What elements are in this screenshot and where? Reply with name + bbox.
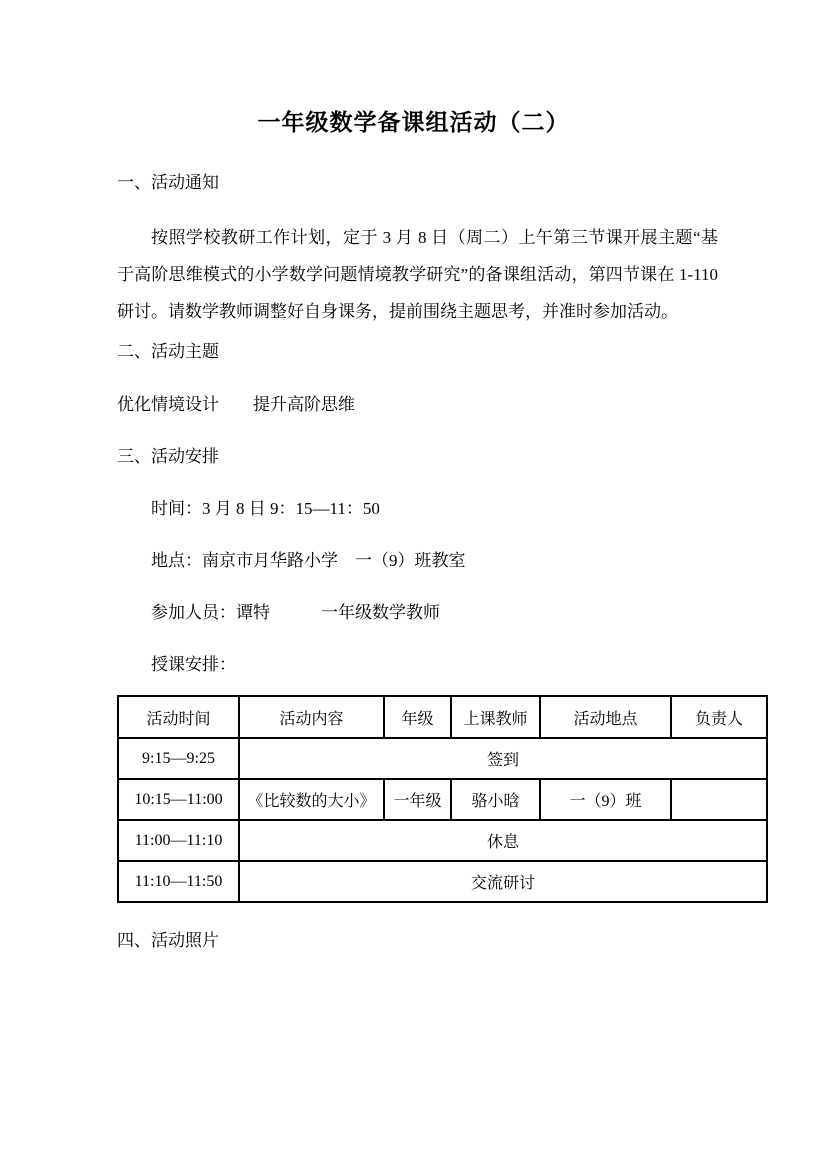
location-line: 地点：南京市月华路小学 一（9）班教室 [151,546,466,571]
header-activity-time: 活动时间 [118,696,239,738]
schedule-table: 活动时间 活动内容 年级 上课教师 活动地点 负责人 9:15—9:25 签到 … [117,695,768,903]
document-title: 一年级数学备课组活动（二） [0,104,827,137]
cell-content: 《比较数的大小》 [239,779,384,820]
header-teacher: 上课教师 [451,696,540,738]
schedule-label: 授课安排： [151,650,236,675]
cell-merged-break: 休息 [239,820,767,861]
section-heading-photos: 四、活动照片 [117,926,219,951]
cell-time: 11:00—11:10 [118,820,239,861]
table-row: 11:00—11:10 休息 [118,820,767,861]
cell-location: 一（9）班 [540,779,671,820]
section-heading-notice: 一、活动通知 [117,168,219,193]
table-row: 10:15—11:00 《比较数的大小》 一年级 骆小晗 一（9）班 [118,779,767,820]
table-header-row: 活动时间 活动内容 年级 上课教师 活动地点 负责人 [118,696,767,738]
cell-time: 10:15—11:00 [118,779,239,820]
document-page: 一年级数学备课组活动（二） 一、活动通知 按照学校教研工作计划，定于 3 月 8… [0,0,827,1170]
header-grade: 年级 [384,696,451,738]
cell-lead [671,779,767,820]
cell-time: 9:15—9:25 [118,738,239,779]
notice-paragraph: 按照学校教研工作计划，定于 3 月 8 日（周二）上午第三节课开展主题“基于高阶… [117,219,718,330]
table-row: 9:15—9:25 签到 [118,738,767,779]
section-heading-theme: 二、活动主题 [117,337,219,362]
time-line: 时间：3 月 8 日 9：15—11：50 [151,494,380,519]
cell-merged-discussion: 交流研讨 [239,861,767,902]
cell-teacher: 骆小晗 [451,779,540,820]
table-row: 11:10—11:50 交流研讨 [118,861,767,902]
header-activity-location: 活动地点 [540,696,671,738]
cell-time: 11:10—11:50 [118,861,239,902]
theme-line: 优化情境设计 提升高阶思维 [117,390,355,415]
header-person-in-charge: 负责人 [671,696,767,738]
cell-merged-signin: 签到 [239,738,767,779]
participants-line: 参加人员：谭特 一年级数学教师 [151,598,440,623]
header-activity-content: 活动内容 [239,696,384,738]
section-heading-arrangement: 三、活动安排 [117,442,219,467]
cell-grade: 一年级 [384,779,451,820]
